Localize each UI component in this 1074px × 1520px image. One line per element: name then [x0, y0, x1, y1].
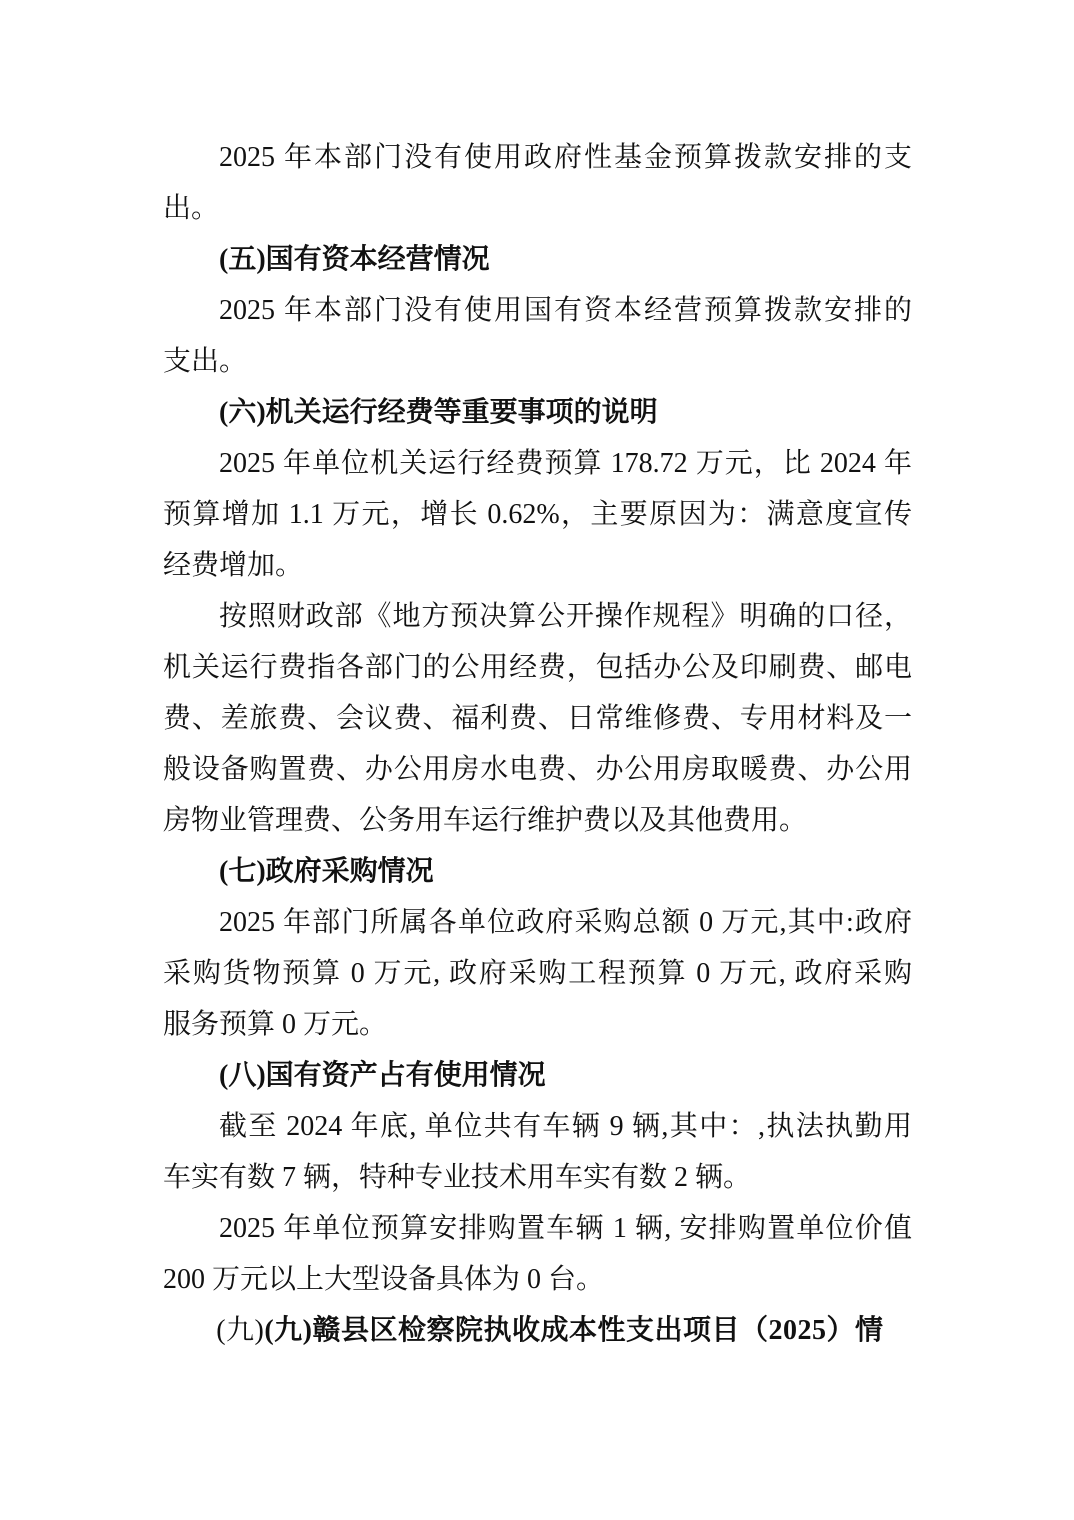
paragraph-line: 房物业管理费、公务用车运行维护费以及其他费用。 [163, 795, 912, 846]
heading-9-title: (九)赣县区检察院执收成本性支出项目（2025）情 [264, 1315, 883, 1346]
paragraph-line: 2025 年单位机关运行经费预算 178.72 万元，比 2024 年 [163, 438, 912, 489]
document-page: 2025 年本部门没有使用政府性基金预算拨款安排的支 出。 (五)国有资本经营情… [0, 0, 1074, 1520]
paragraph-line: 费、差旅费、会议费、福利费、日常维修费、专用材料及一 [163, 693, 912, 744]
section-heading-8: (八)国有资产占有使用情况 [163, 1050, 912, 1101]
heading-9-prefix: (九) [216, 1315, 264, 1346]
paragraph-line: 服务预算 0 万元。 [163, 999, 912, 1050]
paragraph-line: 车实有数 7 辆，特种专业技术用车实有数 2 辆。 [163, 1152, 912, 1203]
paragraph-line: 2025 年单位预算安排购置车辆 1 辆, 安排购置单位价值 [163, 1203, 912, 1254]
paragraph-line: 2025 年部门所属各单位政府采购总额 0 万元,其中:政府 [163, 897, 912, 948]
section-heading-7: (七)政府采购情况 [163, 846, 912, 897]
paragraph-line: 般设备购置费、办公用房水电费、办公用房取暖费、办公用 [163, 744, 912, 795]
paragraph-line: 出。 [163, 183, 912, 234]
paragraph-line: 预算增加 1.1 万元，增长 0.62%，主要原因为：满意度宣传 [163, 489, 912, 540]
paragraph-line: 截至 2024 年底, 单位共有车辆 9 辆,其中：,执法执勤用 [163, 1101, 912, 1152]
section-heading-5: (五)国有资本经营情况 [163, 234, 912, 285]
paragraph-line: 2025 年本部门没有使用国有资本经营预算拨款安排的 [163, 285, 912, 336]
paragraph-line: 经费增加。 [163, 540, 912, 591]
paragraph-line: 2025 年本部门没有使用政府性基金预算拨款安排的支 [163, 132, 912, 183]
section-heading-6: (六)机关运行经费等重要事项的说明 [163, 387, 912, 438]
paragraph-line: 机关运行费指各部门的公用经费，包括办公及印刷费、邮电 [163, 642, 912, 693]
paragraph-line: 按照财政部《地方预决算公开操作规程》明确的口径， [163, 591, 912, 642]
paragraph-line: 200 万元以上大型设备具体为 0 台。 [163, 1254, 912, 1305]
section-heading-9: (九)(九)赣县区检察院执收成本性支出项目（2025）情 [163, 1305, 912, 1356]
paragraph-line: 采购货物预算 0 万元, 政府采购工程预算 0 万元, 政府采购 [163, 948, 912, 999]
paragraph-line: 支出。 [163, 336, 912, 387]
